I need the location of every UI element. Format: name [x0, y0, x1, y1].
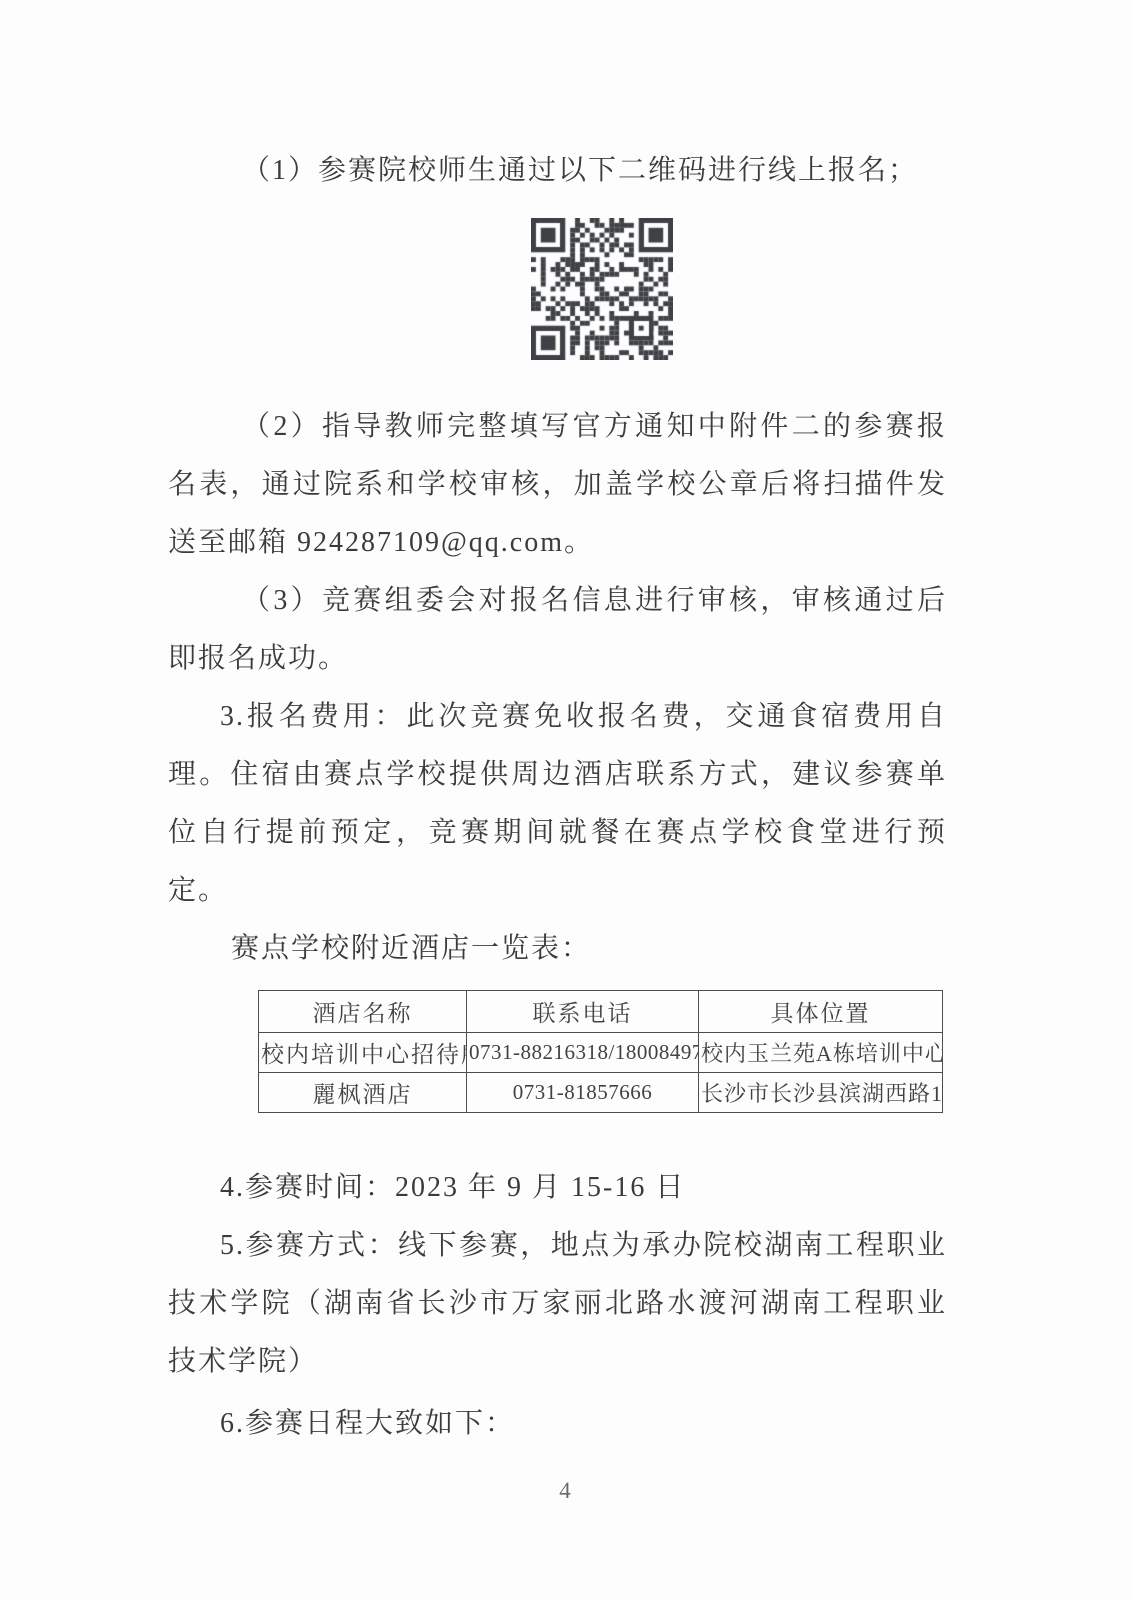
registration-qr-code-image — [531, 218, 673, 360]
table-row-campus-hostel: 校内培训中心招待所 0731-88216318/18008497459 校内玉兰… — [259, 1033, 943, 1073]
paragraph-review: （3）竞赛组委会对报名信息进行审核，审核通过后即报名成功。 — [168, 572, 947, 688]
hotel-location-cell: 长沙市长沙县滨湖西路16号 — [699, 1073, 943, 1113]
document-body: （1）参赛院校师生通过以下二维码进行线上报名； （2）指导教师完整填写官方通知中… — [168, 142, 947, 1453]
paragraph-hotel-list-title: 赛点学校附近酒店一览表： — [168, 920, 947, 978]
hotel-table-header-name: 酒店名称 — [259, 991, 467, 1033]
page-number: 4 — [0, 1478, 1131, 1504]
paragraph-registration-fee: 3.报名费用：此次竞赛免收报名费，交通食宿费用自理。住宿由赛点学校提供周边酒店联… — [168, 688, 947, 920]
paragraph-competition-time: 4.参赛时间：2023 年 9 月 15-16 日 — [168, 1159, 947, 1217]
hotel-phone-cell: 0731-81857666 — [467, 1073, 699, 1113]
hotel-table-header-row: 酒店名称 联系电话 具体位置 — [259, 991, 943, 1033]
hotel-table-header-phone: 联系电话 — [467, 991, 699, 1033]
paragraph-competition-method: 5.参赛方式：线下参赛，地点为承办院校湖南工程职业技术学院（湖南省长沙市万家丽北… — [168, 1217, 947, 1391]
hotel-location-cell: 校内玉兰苑A栋培训中心 — [699, 1033, 943, 1073]
hotel-name-cell: 麗枫酒店 — [259, 1073, 467, 1113]
qr-code-container — [531, 218, 673, 360]
paragraph-schedule-intro: 6.参赛日程大致如下： — [168, 1395, 947, 1453]
hotel-name-cell: 校内培训中心招待所 — [259, 1033, 467, 1073]
paragraph-teacher-form: （2）指导教师完整填写官方通知中附件二的参赛报名表，通过院系和学校审核，加盖学校… — [168, 398, 947, 572]
hotel-table: 酒店名称 联系电话 具体位置 校内培训中心招待所 0731-88216318/1… — [258, 990, 943, 1113]
table-row-lavande-hotel: 麗枫酒店 0731-81857666 长沙市长沙县滨湖西路16号 — [259, 1073, 943, 1113]
paragraph-qr-intro: （1）参赛院校师生通过以下二维码进行线上报名； — [168, 142, 947, 200]
hotel-phone-cell: 0731-88216318/18008497459 — [467, 1033, 699, 1073]
hotel-table-header-location: 具体位置 — [699, 991, 943, 1033]
